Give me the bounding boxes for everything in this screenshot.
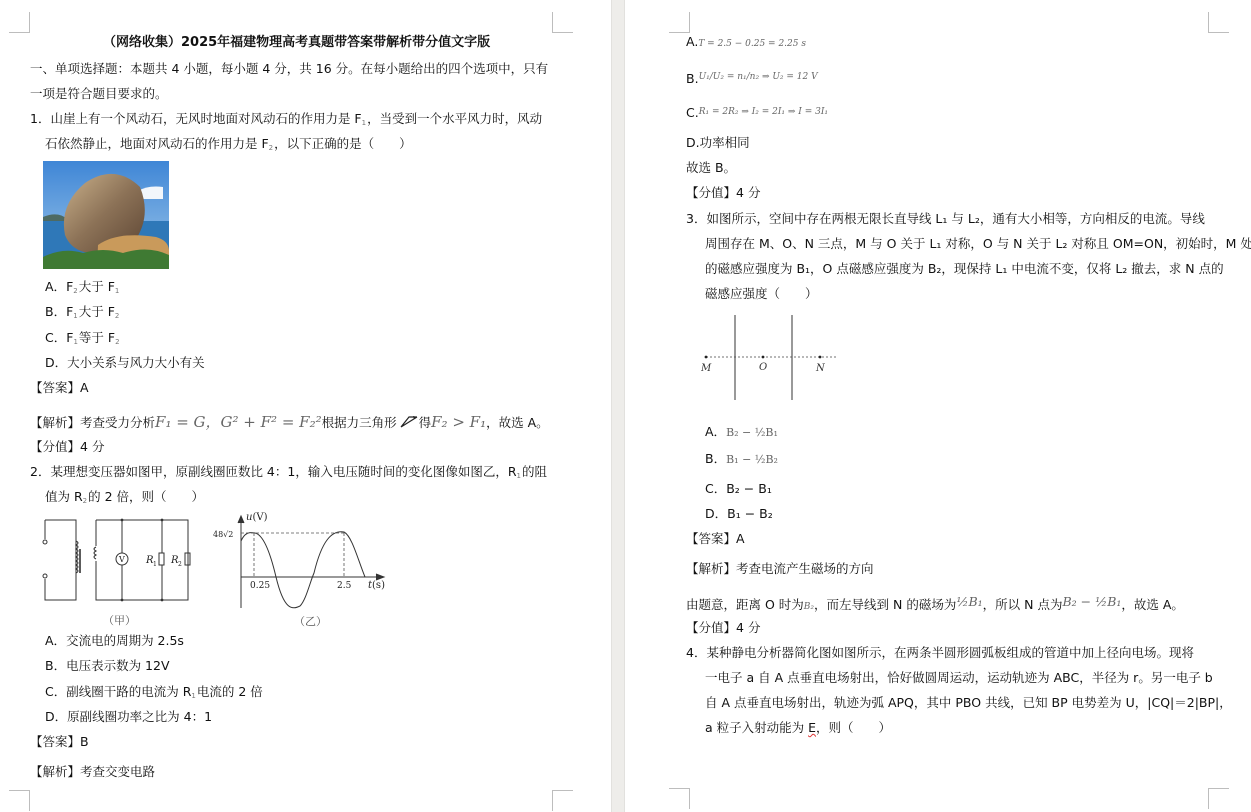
figure-caption-yi: （乙） xyxy=(294,614,327,630)
crop-mark-bottom-right xyxy=(1208,788,1229,809)
q3-option-a[interactable]: A．B₂ − ½B₁ xyxy=(705,424,778,441)
q3-stem-line2: 周围存在 M、O、N 三点，M 与 O 关于 L₁ 对称，O 与 N 关于 L₂… xyxy=(705,236,1251,252)
section-heading-cont: 一项是符合题目要求的。 xyxy=(30,86,168,102)
q4-stem-line1: 4．某种静电分析器简化图如图所示，在两条半圆形圆弧板组成的管道中加上径向电场。现… xyxy=(686,645,1194,661)
q1-analysis: 【解析】考查受力分析F₁ = G，G² + F² = F₂²根据力三角形得F₂ … xyxy=(30,413,549,433)
q1-answer: 【答案】A xyxy=(30,380,89,396)
q1-option-a[interactable]: A．F2大于 F1 xyxy=(45,279,120,299)
q3-option-c[interactable]: C．B₂ − B₁ xyxy=(705,481,772,497)
force-triangle-icon xyxy=(397,413,419,433)
q1-score: 【分值】4 分 xyxy=(30,439,104,455)
transformer-circuit-diagram: V R 1 R 2 xyxy=(40,515,195,615)
svg-text:M: M xyxy=(701,363,712,374)
q1-option-c[interactable]: C．F1等于 F2 xyxy=(45,330,121,350)
document-title: （网络收集）2025年福建物理高考真题带答案带解析带分值文字版 xyxy=(103,35,490,51)
q3-stem-line3: 的磁感应强度为 B₁，O 点磁感应强度为 B₂，现保持 L₁ 中电流不变，仅将 … xyxy=(705,261,1224,277)
wires-mon-diagram: M O N xyxy=(701,315,841,400)
voltage-time-chart: u(V) 48√2 0.25 2.5 t(s) xyxy=(210,510,395,610)
q2-conclusion: 故选 B。 xyxy=(686,160,736,176)
svg-text:2: 2 xyxy=(178,561,182,568)
q2-option-c[interactable]: C．副线圈干路的电流为 R1电流的 2 倍 xyxy=(45,684,263,704)
q2-option-d[interactable]: D．原副线圈功率之比为 4：1 xyxy=(45,709,212,725)
q2-analysis: 【解析】考查交变电路 xyxy=(30,764,155,780)
spellcheck-underline[interactable]: E xyxy=(808,720,816,735)
svg-text:2.5: 2.5 xyxy=(337,581,352,591)
svg-text:1: 1 xyxy=(153,561,157,568)
q2-solution-c: C.R₁ = 2R₂ ⇒ I₂ = 2I₁ ⇒ I = 3I₁ xyxy=(686,104,828,121)
svg-text:u(V): u(V) xyxy=(246,512,268,523)
crop-mark-top-left xyxy=(9,12,30,33)
document-page-2: A.T = 2.5 − 0.25 = 2.25 s B.U₁/U₂ = n₁/n… xyxy=(625,0,1251,812)
svg-text:48√2: 48√2 xyxy=(213,530,233,539)
crop-mark-bottom-left xyxy=(669,788,690,809)
q3-option-b[interactable]: B．B₁ − ½B₂ xyxy=(705,451,778,468)
crop-mark-bottom-left xyxy=(9,790,30,811)
svg-text:V: V xyxy=(118,555,125,564)
q2-solution-a: A.T = 2.5 − 0.25 = 2.25 s xyxy=(686,34,806,52)
crop-mark-top-right xyxy=(1208,12,1229,33)
page-gap xyxy=(611,0,625,812)
balanced-rock-photo xyxy=(43,161,169,269)
q3-score: 【分值】4 分 xyxy=(686,620,760,636)
svg-text:N: N xyxy=(815,363,826,374)
svg-text:O: O xyxy=(759,362,767,373)
q4-stem-line4: a 粒子入射动能为 E，则（ ） xyxy=(705,720,891,736)
q3-answer: 【答案】A xyxy=(686,531,745,547)
q3-option-d[interactable]: D．B₁ − B₂ xyxy=(705,506,773,522)
svg-text:0.25: 0.25 xyxy=(250,581,270,591)
q1-option-b[interactable]: B．F1大于 F2 xyxy=(45,304,120,324)
figure-caption-jia: （甲） xyxy=(103,613,136,629)
q2-answer: 【答案】B xyxy=(30,734,89,750)
q4-stem-line3: 自 A 点垂直电场射出，轨迹为弧 APQ，其中 PBO 共线，已知 BP 电势差… xyxy=(705,695,1232,711)
q1-option-d[interactable]: D．大小关系与风力大小有关 xyxy=(45,355,205,371)
svg-text:t(s): t(s) xyxy=(368,580,385,591)
q1-stem-line1: 1．山崖上有一个风动石，无风时地面对风动石的作用力是 F1，当受到一个水平风力时… xyxy=(30,111,542,131)
q2-solution-b: B.U₁/U₂ = n₁/n₂ ⇒ U₂ = 12 V xyxy=(686,69,818,87)
q2-score: 【分值】4 分 xyxy=(686,185,760,201)
q1-stem-line2: 石依然静止，地面对风动石的作用力是 F2，以下正确的是（ ） xyxy=(45,136,412,156)
q2-option-a[interactable]: A．交流电的周期为 2.5s xyxy=(45,633,184,649)
q2-stem-line2: 值为 R2的 2 倍，则（ ） xyxy=(45,489,204,509)
q2-stem-line1: 2．某理想变压器如图甲，原副线圈匝数比 4：1，输入电压随时间的变化图像如图乙，… xyxy=(30,464,547,484)
q2-option-b[interactable]: B．电压表示数为 12V xyxy=(45,658,170,674)
crop-mark-top-right xyxy=(552,12,573,33)
document-page-1: （网络收集）2025年福建物理高考真题带答案带解析带分值文字版 一、单项选择题：… xyxy=(0,0,611,812)
q3-stem-line1: 3．如图所示，空间中存在两根无限长直导线 L₁ 与 L₂，通有大小相等，方向相反… xyxy=(686,211,1205,227)
q3-reasoning: 由题意，距离 O 时为B₂，而左导线到 N 的磁场为½B₁，所以 N 点为B₂ … xyxy=(686,594,1184,615)
crop-mark-bottom-right xyxy=(552,790,573,811)
crop-mark-top-left xyxy=(669,12,690,33)
q4-stem-line2: 一电子 a 自 A 点垂直电场射出，恰好做圆周运动，运动轨迹为 ABC，半径为 … xyxy=(705,670,1213,686)
q3-analysis: 【解析】考查电流产生磁场的方向 xyxy=(686,561,874,577)
q3-stem-line4: 磁感应强度（ ） xyxy=(705,286,818,302)
section-heading: 一、单项选择题：本题共 4 小题，每小题 4 分，共 16 分。在每小题给出的四… xyxy=(30,61,548,77)
q2-solution-d: D.功率相同 xyxy=(686,135,750,151)
